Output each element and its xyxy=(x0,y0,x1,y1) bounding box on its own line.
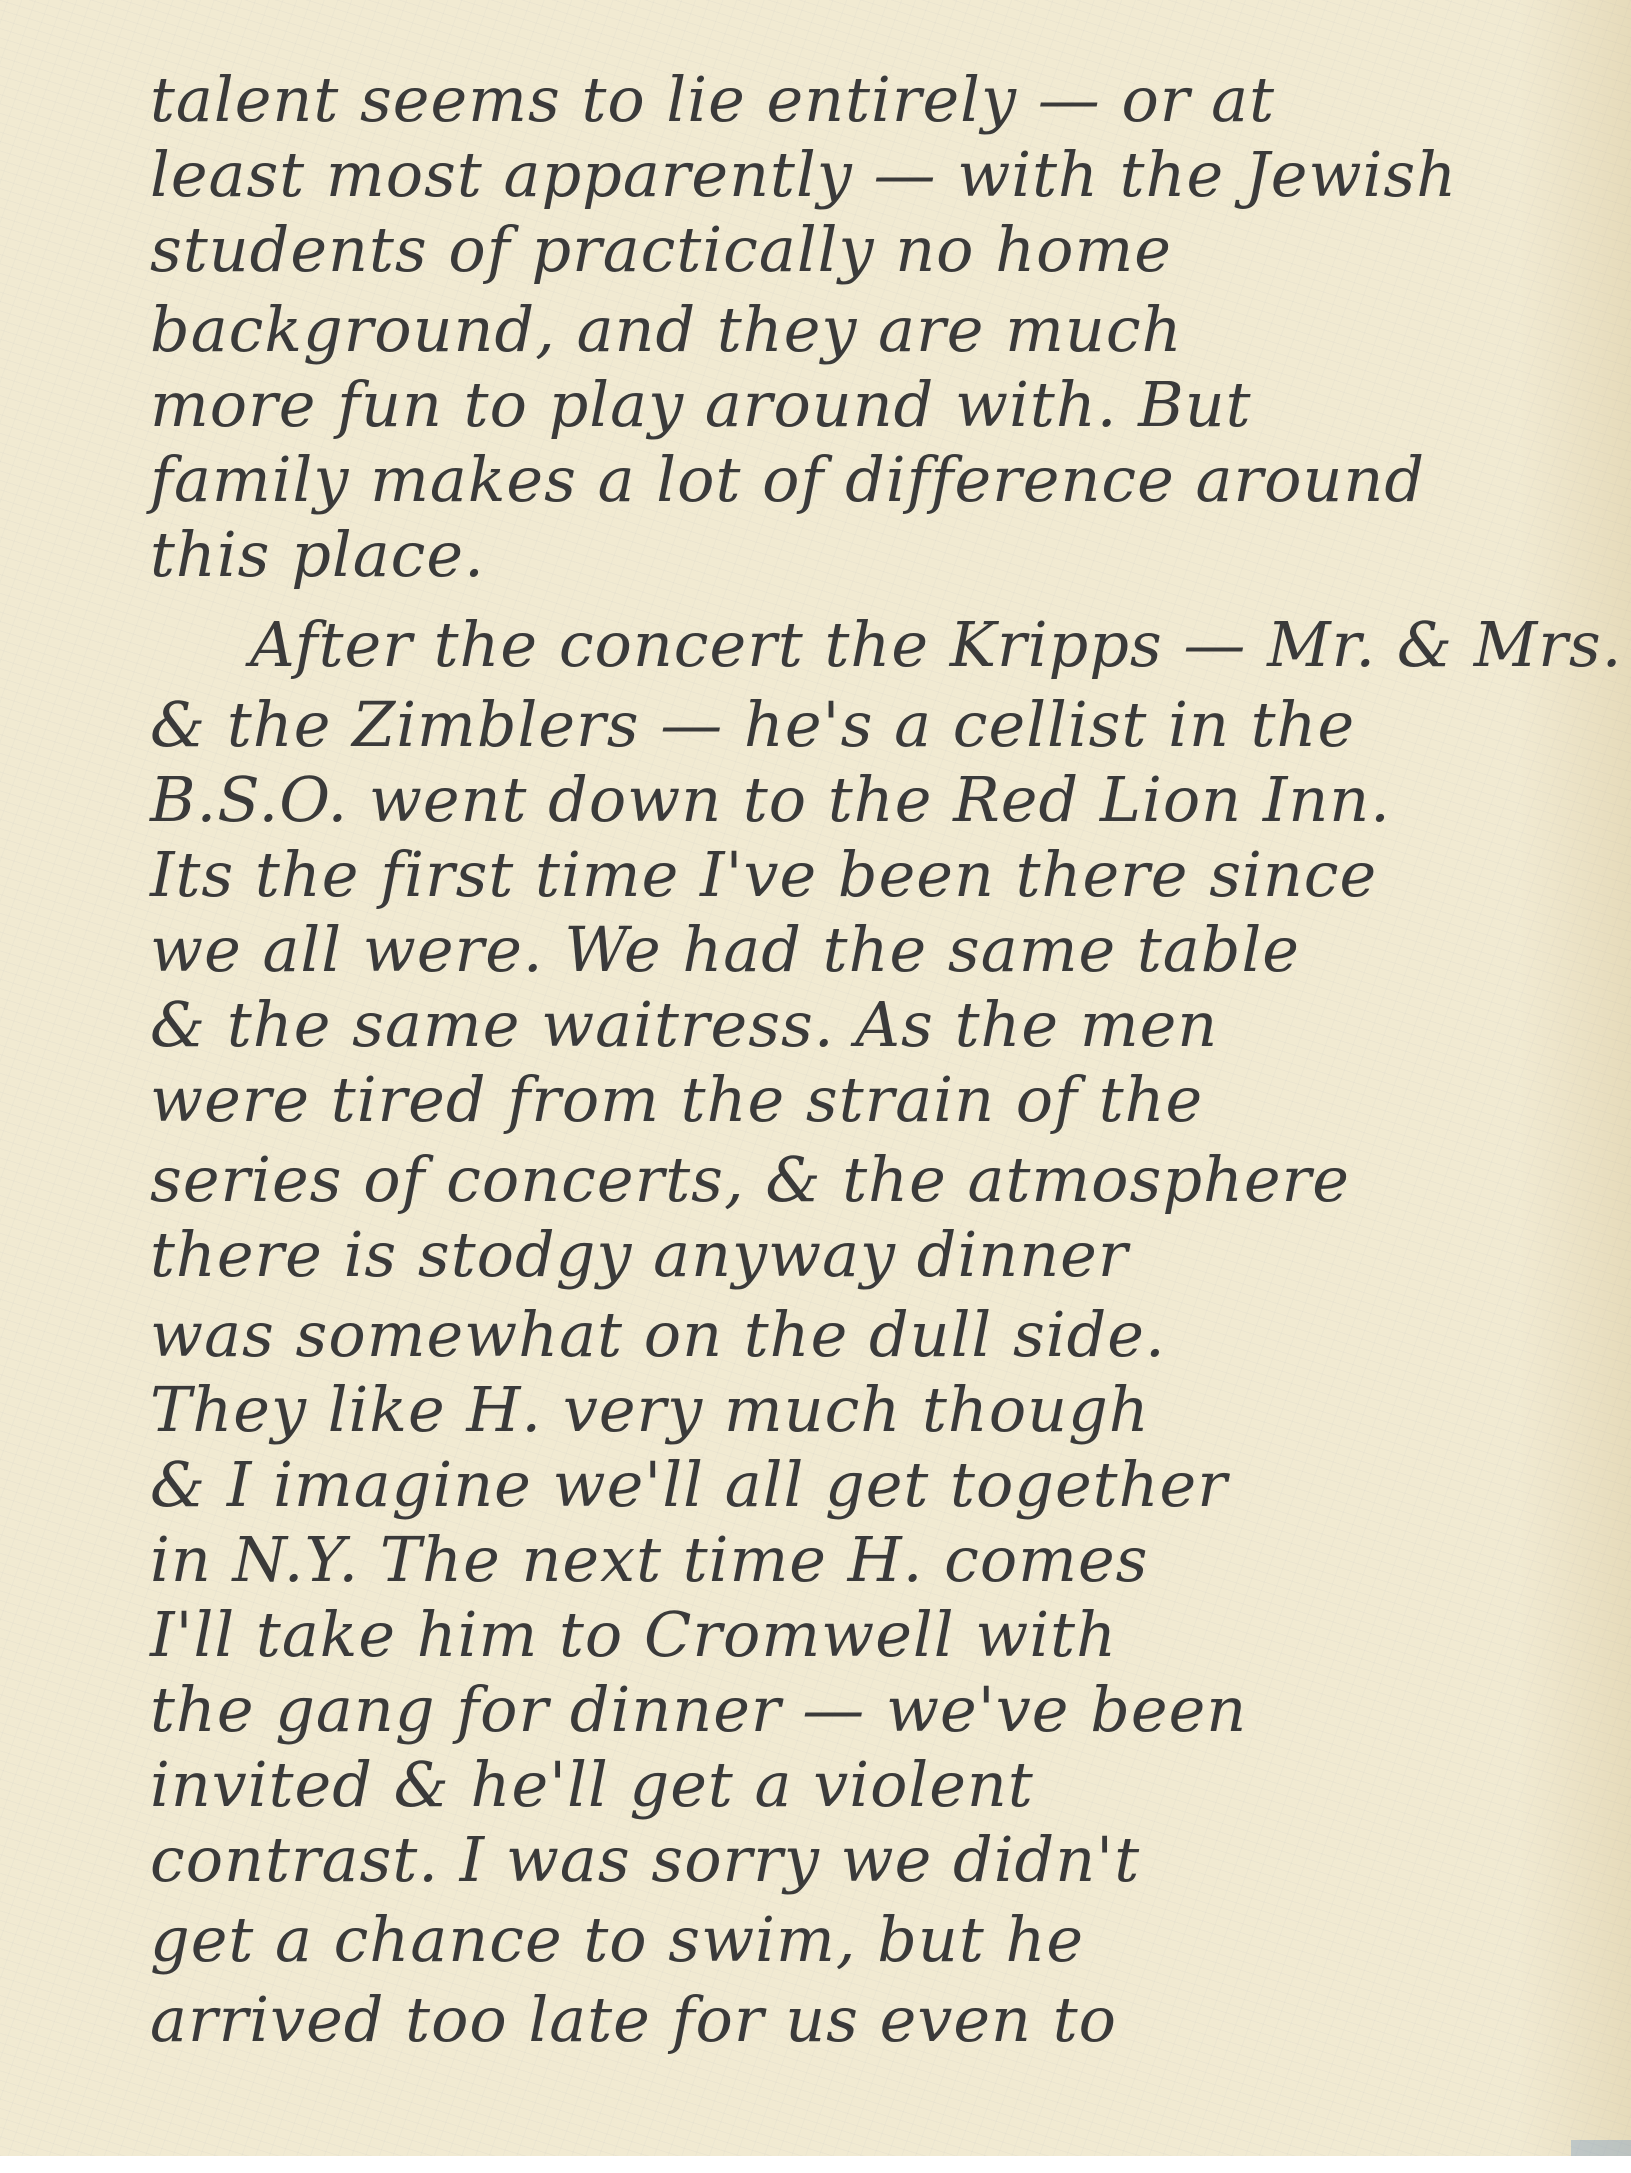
handwritten-letter: talent seems to lie entirely — or at lea… xyxy=(0,0,1631,2156)
letter-line: arrived too late for us even to xyxy=(150,1980,1117,2060)
letter-line: least most apparently — with the Jewish xyxy=(150,135,1457,215)
letter-line: & I imagine we'll all get together xyxy=(150,1445,1228,1525)
letter-line: students of practically no home xyxy=(150,210,1172,290)
letter-line: there is stodgy anyway dinner xyxy=(150,1215,1129,1295)
ink-stain xyxy=(1571,2140,1631,2156)
letter-line: get a chance to swim, but he xyxy=(150,1900,1084,1980)
letter-line: After the concert the Kripps — Mr. & Mrs… xyxy=(250,605,1631,685)
letter-line: family makes a lot of difference around xyxy=(150,440,1425,520)
letter-line: & the same waitress. As the men xyxy=(150,985,1218,1065)
letter-line: talent seems to lie entirely — or at xyxy=(150,60,1275,140)
letter-line: Its the first time I've been there since xyxy=(150,835,1377,915)
letter-line: series of concerts, & the atmosphere xyxy=(150,1140,1350,1220)
letter-line: B.S.O. went down to the Red Lion Inn. xyxy=(150,760,1391,840)
letter-line: in N.Y. The next time H. comes xyxy=(150,1520,1148,1600)
letter-line: contrast. I was sorry we didn't xyxy=(150,1820,1140,1900)
letter-line: we all were. We had the same table xyxy=(150,910,1300,990)
letter-line: was somewhat on the dull side. xyxy=(150,1295,1166,1375)
letter-line: & the Zimblers — he's a cellist in the xyxy=(150,685,1355,765)
letter-line: this place. xyxy=(150,515,485,595)
letter-line: background, and they are much xyxy=(150,290,1183,370)
letter-line: I'll take him to Cromwell with xyxy=(150,1595,1117,1675)
letter-line: were tired from the strain of the xyxy=(150,1060,1203,1140)
letter-line: invited & he'll get a violent xyxy=(150,1745,1034,1825)
letter-line: They like H. very much though xyxy=(150,1370,1150,1450)
letter-line: more fun to play around with. But xyxy=(150,365,1252,445)
letter-line: the gang for dinner — we've been xyxy=(150,1670,1247,1750)
